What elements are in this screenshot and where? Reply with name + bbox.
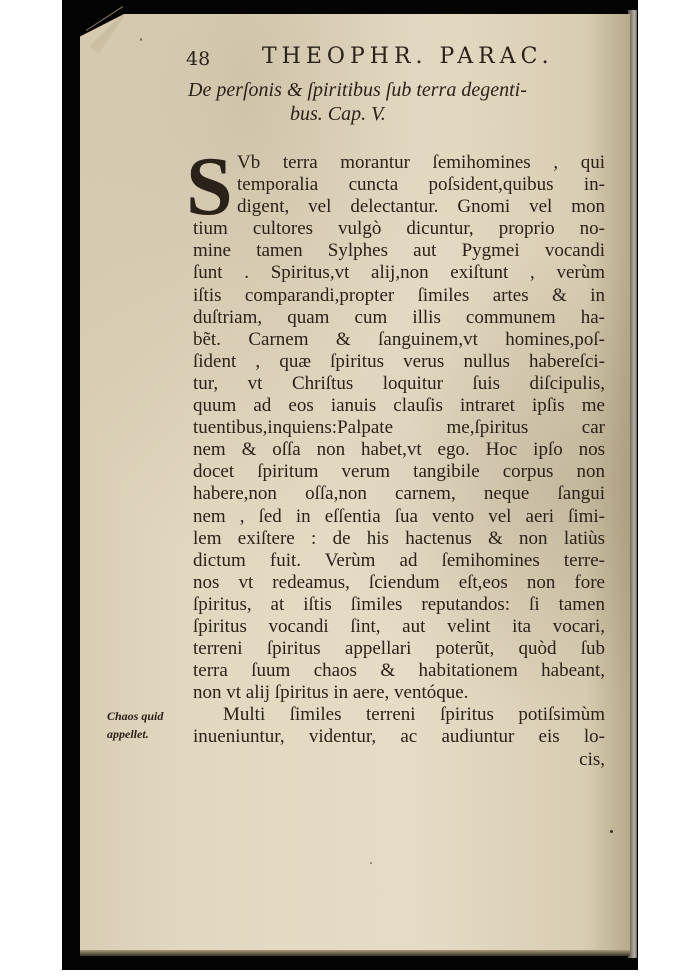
body-line: tuentibus,inquiens:Palpate me,ſpiritus c… <box>193 417 605 439</box>
ink-speck <box>370 862 372 864</box>
body-line: dictum fuit. Verùm ad ſemihomines terre- <box>193 550 605 572</box>
chapter-title-line-2: bus. Cap. V. <box>188 102 608 126</box>
catchword: cis, <box>193 749 605 771</box>
ink-speck <box>140 38 142 41</box>
chapter-title: De perſonis & ſpiritibus ſub terra degen… <box>188 78 608 126</box>
body-text: Vb terra morantur ſemihomines , qui temp… <box>193 152 605 771</box>
ink-speck <box>610 830 613 833</box>
marginal-note: Chaos quid appellet. <box>107 707 197 743</box>
page-number: 48 <box>186 48 210 70</box>
body-line: mine tamen Sylphes aut Pygmei vocandi <box>193 240 605 262</box>
body-line: terreni ſpiritus appellari poterũt, quòd… <box>193 638 605 660</box>
body-line: lem exiſtere : de his hactenus & non lat… <box>193 528 605 550</box>
body-line: tium cultores vulgò dicuntur, proprio no… <box>193 218 605 240</box>
body-line: nem & oſſa non habet,vt ego. Hoc ipſo no… <box>193 439 605 461</box>
chapter-title-line-1: De perſonis & ſpiritibus ſub terra degen… <box>188 79 527 101</box>
body-line: temporalia cuncta poſsident,quibus in- <box>193 174 605 196</box>
page-bottom-edge <box>80 950 630 956</box>
body-line: docet ſpiritum verum tangibile corpus no… <box>193 461 605 483</box>
body-line: terra ſuum chaos & habitationem habeant, <box>193 660 605 682</box>
body-line: ſpiritus, at iſtis ſimiles reputandos: ſ… <box>193 594 605 616</box>
body-line: iſtis comparandi,propter ſimiles artes &… <box>193 285 605 307</box>
body-line: ſpiritus vocandi ſint, aut velint ita vo… <box>193 616 605 638</box>
body-line: tur, vt Chriſtus loquitur ſuis diſcipuli… <box>193 373 605 395</box>
body-line: duſtriam, quam cum illis communem ha- <box>193 307 605 329</box>
body-line: non vt alij ſpiritus in aere, ventóque. <box>193 682 605 704</box>
body-line: ſunt . Spiritus,vt alij,non exiſtunt , v… <box>193 262 605 284</box>
body-line: Vb terra morantur ſemihomines , qui <box>193 152 605 174</box>
running-title: THEOPHR. PARAC. <box>262 44 554 69</box>
body-line: Multi ſimiles terreni ſpiritus potiſsimù… <box>193 704 605 726</box>
marginal-note-line-2: appellet. <box>107 725 197 743</box>
body-line: quum ad eos ianuis clauſis intraret ipſi… <box>193 395 605 417</box>
body-line: bẽt. Carnem & ſanguinem,vt homines,poſ- <box>193 329 605 351</box>
body-line: habere,non oſſa,non carnem, neque ſangui <box>193 483 605 505</box>
body-line: digent, vel delectantur. Gnomi vel mon <box>193 196 605 218</box>
body-line: ſident , quæ ſpiritus verus nullus haber… <box>193 351 605 373</box>
body-line: nos vt redeamus, ſciendum eſt,eos non fo… <box>193 572 605 594</box>
marginal-note-line-1: Chaos quid <box>107 707 197 725</box>
body-line: nem , ſed in eſſentia ſua vento vel aeri… <box>193 506 605 528</box>
body-line: inueniuntur, videntur, ac audiuntur eis … <box>193 726 605 748</box>
running-head: 48 THEOPHR. PARAC. <box>186 44 606 74</box>
